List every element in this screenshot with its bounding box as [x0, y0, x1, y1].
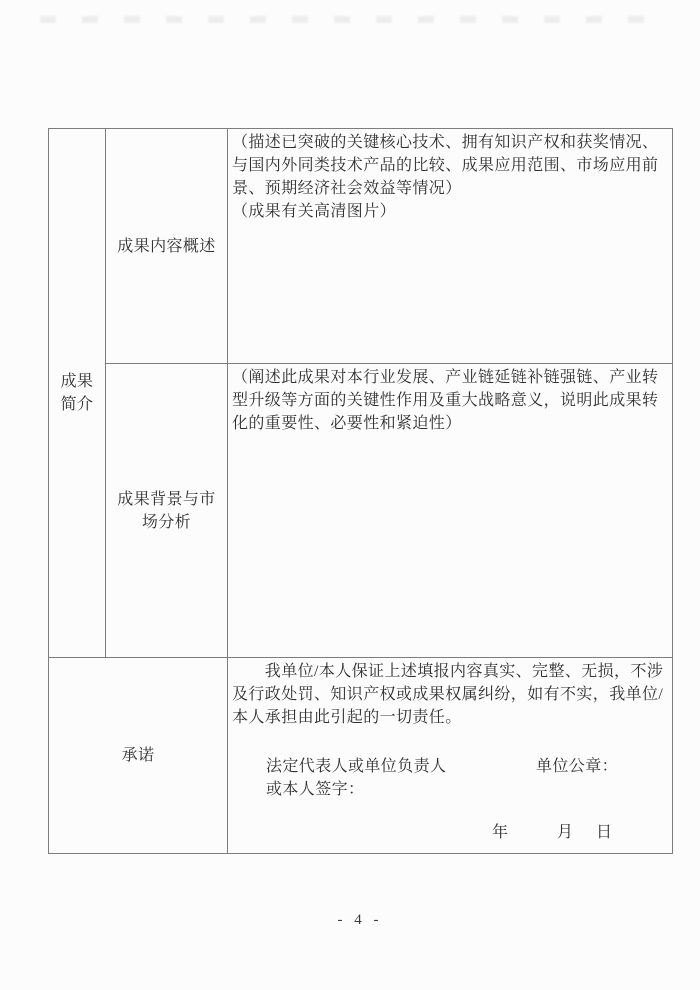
- personal-signature-label: 或本人签字：: [266, 778, 364, 801]
- date-day-label: 日: [596, 821, 612, 844]
- commitment-statement: 我单位/本人保证上述填报内容真实、完整、无损，不涉 及行政处罚、知识产权或成果权…: [232, 660, 669, 729]
- table-row: 成果背景与市 场分析 （阐述此成果对本行业发展、产业链延链补链强链、产业转 型升…: [49, 364, 673, 658]
- legal-representative-label: 法定代表人或单位负责人: [266, 755, 446, 778]
- row-label-commitment: 承诺: [49, 658, 228, 854]
- application-form-table: 成果 简介 成果内容概述 （描述已突破的关键核心技术、拥有知识产权和获奖情况、 …: [48, 128, 673, 854]
- background-market-analysis-instructions: （阐述此成果对本行业发展、产业链延链补链强链、产业转 型升级等方面的关键性作用及…: [228, 364, 673, 658]
- row-label-background-market-analysis: 成果背景与市 场分析: [106, 364, 228, 658]
- date-line: 年 月 日: [228, 821, 672, 844]
- date-year-label: 年: [492, 821, 508, 844]
- row-label-content-overview: 成果内容概述: [106, 129, 228, 364]
- date-month-label: 月: [557, 821, 573, 844]
- section-cell-achievement-intro: 成果 简介: [49, 129, 106, 658]
- signature-row: 法定代表人或单位负责人 单位公章：: [228, 755, 672, 778]
- signature-row: 或本人签字：: [228, 778, 672, 801]
- commitment-cell: 我单位/本人保证上述填报内容真实、完整、无损，不涉 及行政处罚、知识产权或成果权…: [228, 658, 673, 854]
- table-row: 成果 简介 成果内容概述 （描述已突破的关键核心技术、拥有知识产权和获奖情况、 …: [49, 129, 673, 364]
- scan-artifact: [40, 16, 658, 23]
- page-number: - 4 -: [0, 912, 700, 929]
- content-overview-instructions: （描述已突破的关键核心技术、拥有知识产权和获奖情况、 与国内外同类技术产品的比较…: [228, 129, 673, 364]
- unit-seal-label: 单位公章：: [536, 755, 618, 778]
- table-row: 承诺 我单位/本人保证上述填报内容真实、完整、无损，不涉 及行政处罚、知识产权或…: [49, 658, 673, 854]
